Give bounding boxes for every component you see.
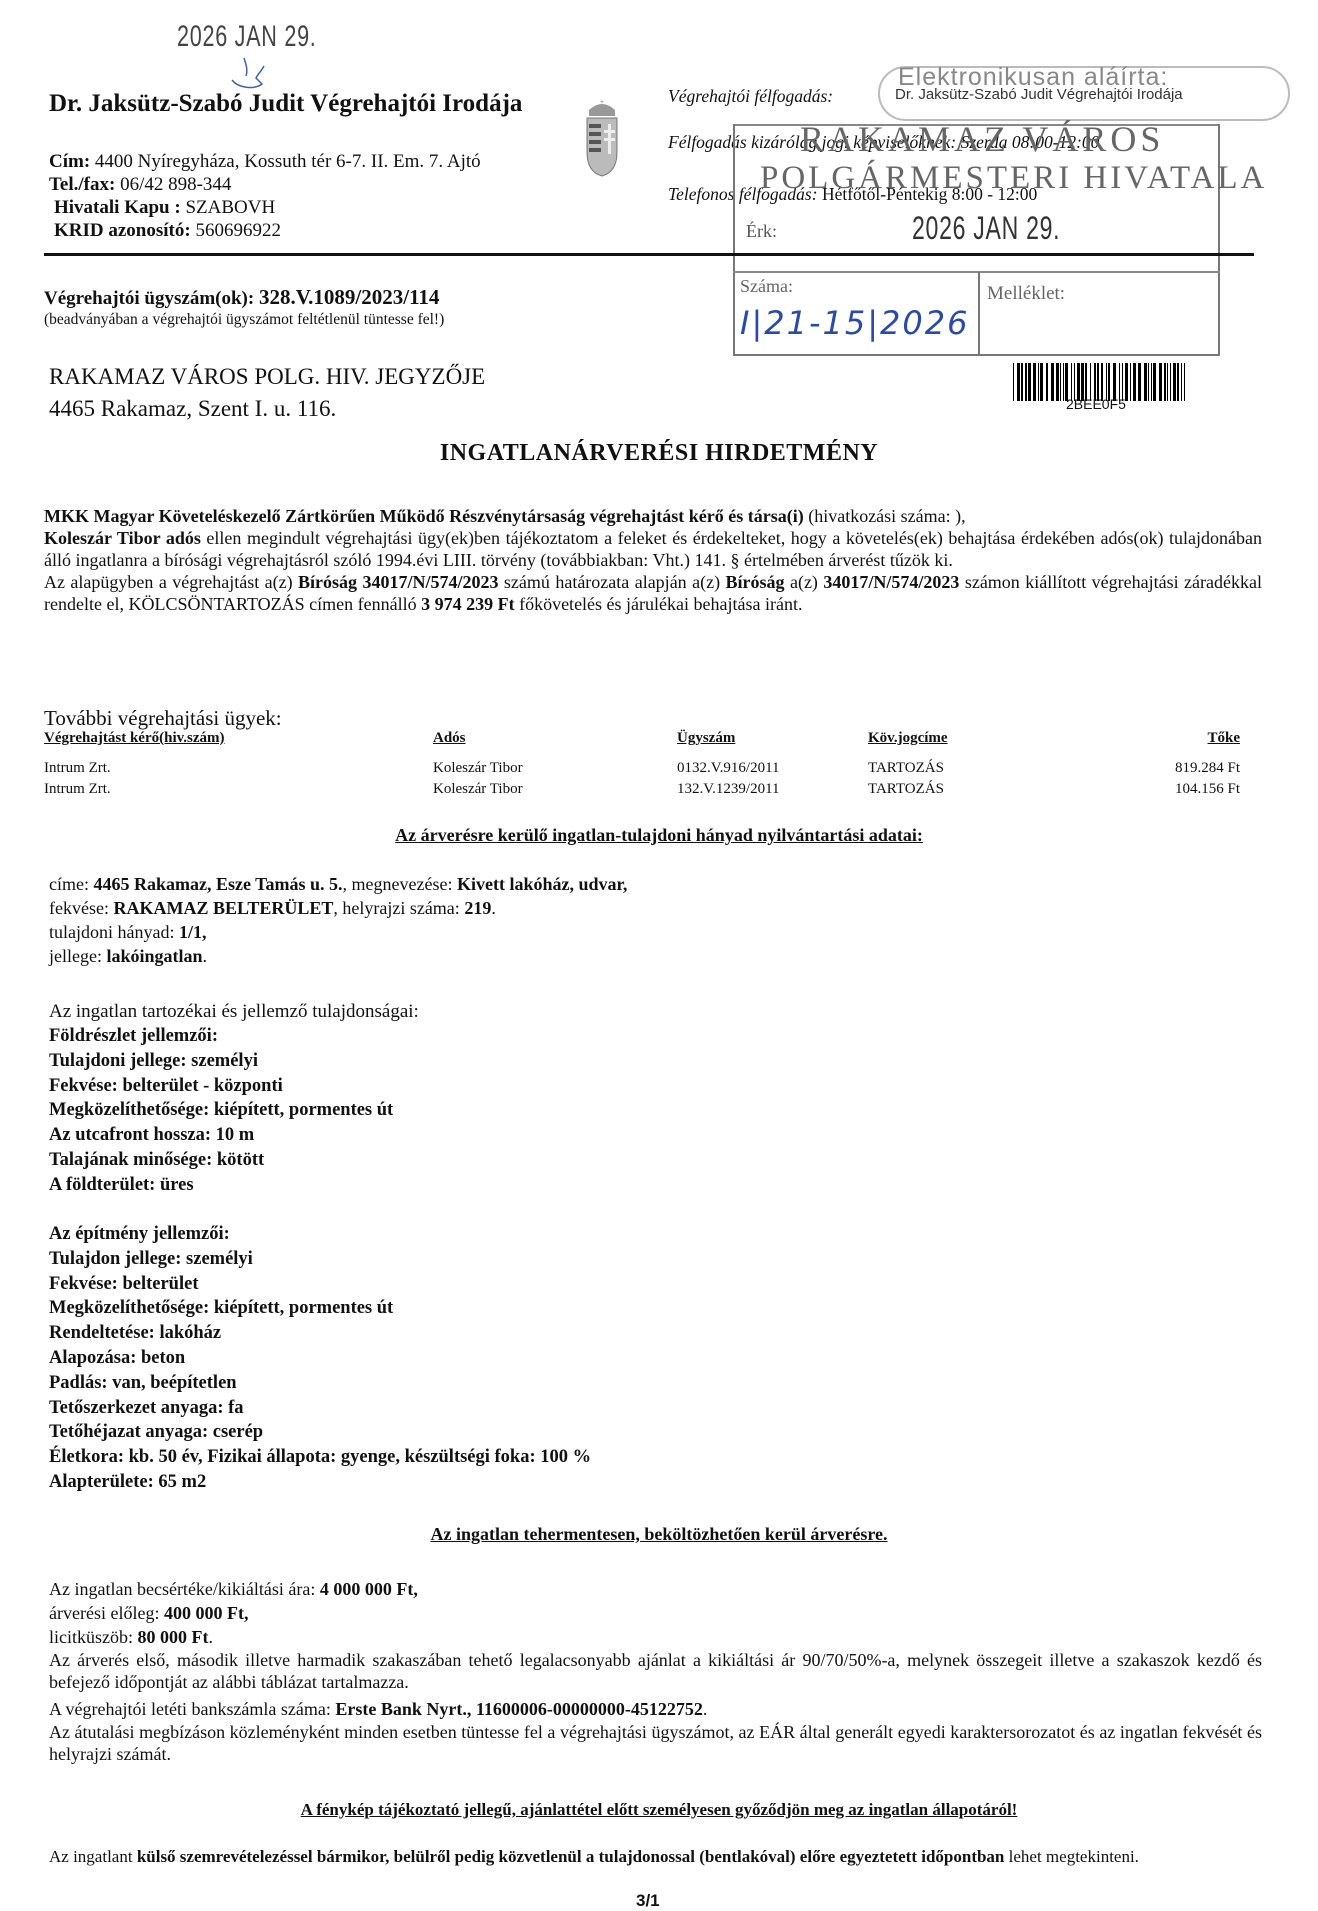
barcode-bar	[1173, 363, 1176, 401]
building-feature-item: Alapterülete: 65 m2	[49, 1470, 591, 1495]
table-cell: Intrum Zrt.	[44, 781, 111, 798]
registry-number-label: Száma:	[740, 276, 793, 297]
hungarian-coat-of-arms-icon: +	[583, 96, 621, 178]
barcode-bar	[1038, 363, 1039, 401]
barcode-bar	[1167, 363, 1168, 401]
barcode-bar	[1017, 363, 1020, 401]
registry-number-handwritten: I|21-15|2026	[740, 304, 969, 342]
barcode-bar	[1028, 363, 1031, 401]
viewing-paragraph: Az ingatlant külső szemrevételezéssel bá…	[49, 1846, 1262, 1868]
barcode-bar	[1130, 363, 1131, 401]
table-cell: Koleszár Tibor	[433, 781, 523, 798]
table-header: Adós	[433, 730, 466, 747]
recipient-address: 4465 Rakamaz, Szent I. u. 116.	[49, 396, 336, 422]
bid-step-line: licitküszöb: 80 000 Ft.	[49, 1625, 213, 1649]
table-header: Tőke	[1207, 730, 1240, 747]
office-address: Cím: 4400 Nyíregyháza, Kossuth tér 6-7. …	[49, 150, 481, 173]
building-feature-item: Rendeltetése: lakóház	[49, 1321, 591, 1346]
registry-city: RAKAMAZ VÁROS	[800, 118, 1164, 160]
transfer-paragraph: Az átutalási megbízáson közleményként mi…	[49, 1721, 1262, 1765]
barcode-bar	[1051, 363, 1054, 401]
land-feature-item: Fekvése: belterület - központi	[49, 1074, 393, 1099]
building-feature-item: Tulajdon jellege: személyi	[49, 1247, 591, 1272]
table-header: Végrehajtást kérő(hiv.szám)	[44, 730, 225, 747]
building-feature-item: Fekvése: belterület	[49, 1272, 591, 1297]
barcode-bar	[1184, 363, 1185, 401]
table-header: Köv.jogcíme	[868, 730, 948, 747]
barcode-bar	[1159, 363, 1162, 401]
land-feature-item: Talajának minősége: kötött	[49, 1148, 393, 1173]
deposit-line: árverési előleg: 400 000 Ft,	[49, 1601, 248, 1625]
registry-stamp-divider	[733, 271, 1220, 273]
features-intro: Az ingatlan tartozékai és jellemző tulaj…	[49, 1000, 419, 1024]
stages-paragraph: Az árverés első, második illetve harmadi…	[49, 1649, 1262, 1693]
barcode-bar	[1025, 363, 1027, 401]
barcode-bar	[1133, 363, 1136, 401]
barcode-bar	[1138, 363, 1141, 401]
svg-text:+: +	[600, 98, 604, 106]
registry-stamp-column-divider	[978, 272, 980, 354]
building-feature-item: Megközelíthetősége: kiépített, pormentes…	[49, 1296, 591, 1321]
barcode-bar	[1056, 363, 1059, 401]
bank-account-line: A végrehajtói letéti bankszámla száma: E…	[49, 1697, 707, 1721]
table-cell: 132.V.1239/2011	[677, 781, 780, 798]
land-feature-item: Az utcafront hossza: 10 m	[49, 1123, 393, 1148]
further-cases-title: További végrehajtási ügyek:	[44, 706, 282, 731]
barcode-bar	[1033, 363, 1036, 401]
table-cell: TARTOZÁS	[868, 760, 944, 777]
land-feature-item: Földrészlet jellemzői:	[49, 1024, 393, 1049]
barcode-bar	[1060, 363, 1061, 401]
building-feature-item: Tetőszerkezet anyaga: fa	[49, 1396, 591, 1421]
table-cell: Koleszár Tibor	[433, 760, 523, 777]
property-address-line: címe: 4465 Rakamaz, Esze Tamás u. 5., me…	[49, 872, 627, 896]
price-line: Az ingatlan becsértéke/kikiáltási ára: 4…	[49, 1577, 418, 1601]
intro-paragraph: MKK Magyar Követeléskezelő Zártkörűen Mű…	[44, 505, 1262, 615]
barcode-bar	[1063, 363, 1064, 401]
office-krid: KRID azonosító: 560696922	[54, 219, 281, 242]
barcode-bar	[1013, 363, 1014, 401]
building-feature-item: Az építmény jellemzői:	[49, 1222, 591, 1247]
barcode-code: 2BEE0F5	[1066, 396, 1126, 412]
case-number-note: (beadványában a végrehajtói ügyszámot fe…	[44, 311, 444, 329]
office-gateway: Hivatali Kapu : SZABOVH	[54, 196, 275, 219]
registry-attachment-label: Melléklet:	[987, 283, 1065, 305]
land-feature-item: A földterület: üres	[49, 1173, 393, 1198]
header-divider	[44, 253, 1254, 256]
document-title: INGATLANÁRVERÉSI HIRDETMÉNY	[0, 440, 1318, 467]
barcode-bar	[1153, 363, 1156, 401]
barcode-bar	[1040, 363, 1043, 401]
land-feature-item: Tulajdoni jellege: személyi	[49, 1049, 393, 1074]
barcode-bar	[1177, 363, 1179, 401]
barcode-bar	[1148, 363, 1149, 401]
building-feature-item: Padlás: van, beépítetlen	[49, 1371, 591, 1396]
building-feature-item: Életkora: kb. 50 év, Fizikai állapota: g…	[49, 1445, 591, 1470]
encumbrance-heading: Az ingatlan tehermentesen, beköltözhetőe…	[0, 1524, 1318, 1545]
office-phone: Tel./fax: 06/42 898-344	[49, 173, 231, 196]
barcode-bar	[1046, 363, 1048, 401]
barcode-bar	[1170, 363, 1171, 401]
reception-label: Végrehajtói félfogadás:	[668, 86, 833, 107]
barcode-bar	[1021, 363, 1023, 401]
page-number: 3/1	[636, 1891, 660, 1911]
property-type-line: jellege: lakóingatlan.	[49, 944, 207, 968]
barcode-bar	[1144, 363, 1147, 401]
property-share-line: tulajdoni hányad: 1/1,	[49, 920, 207, 944]
handwritten-initial	[228, 56, 268, 92]
registry-received-date: 2026 JAN 29.	[912, 210, 1060, 247]
barcode-bar	[1181, 363, 1182, 401]
table-cell: 0132.V.916/2011	[677, 760, 780, 777]
barcode-bar	[1151, 363, 1152, 401]
registry-received-label: Érk:	[746, 221, 777, 242]
registry-office: POLGÁRMESTERI HIVATALA	[760, 160, 1267, 197]
office-name: Dr. Jaksütz-Szabó Judit Végrehajtói Irod…	[49, 90, 522, 118]
building-feature-item: Tetőhéjazat anyaga: cserép	[49, 1420, 591, 1445]
esign-name: Dr. Jaksütz-Szabó Judit Végrehajtói Irod…	[895, 86, 1183, 103]
table-cell: 819.284 Ft	[1175, 760, 1240, 777]
barcode-bar	[1164, 363, 1166, 401]
received-date-stamp: 2026 JAN 29.	[177, 20, 317, 54]
land-features-list: Földrészlet jellemzői:Tulajdoni jellege:…	[49, 1024, 393, 1198]
recipient-name: RAKAMAZ VÁROS POLG. HIV. JEGYZŐJE	[49, 364, 485, 390]
photo-heading: A fénykép tájékoztató jellegű, ajánlatté…	[0, 1800, 1318, 1820]
table-cell: Intrum Zrt.	[44, 760, 111, 777]
table-cell: TARTOZÁS	[868, 781, 944, 798]
land-feature-item: Megközelíthetősége: kiépített, pormentes…	[49, 1098, 393, 1123]
table-header: Ügyszám	[677, 730, 735, 747]
table-cell: 104.156 Ft	[1175, 781, 1240, 798]
property-heading: Az árverésre kerülő ingatlan-tulajdoni h…	[0, 825, 1318, 846]
case-number: Végrehajtói ügyszám(ok): 328.V.1089/2023…	[44, 285, 439, 310]
building-features-list: Az építmény jellemzői:Tulajdon jellege: …	[49, 1222, 591, 1495]
property-location-line: fekvése: RAKAMAZ BELTERÜLET, helyrajzi s…	[49, 896, 496, 920]
building-feature-item: Alapozása: beton	[49, 1346, 591, 1371]
